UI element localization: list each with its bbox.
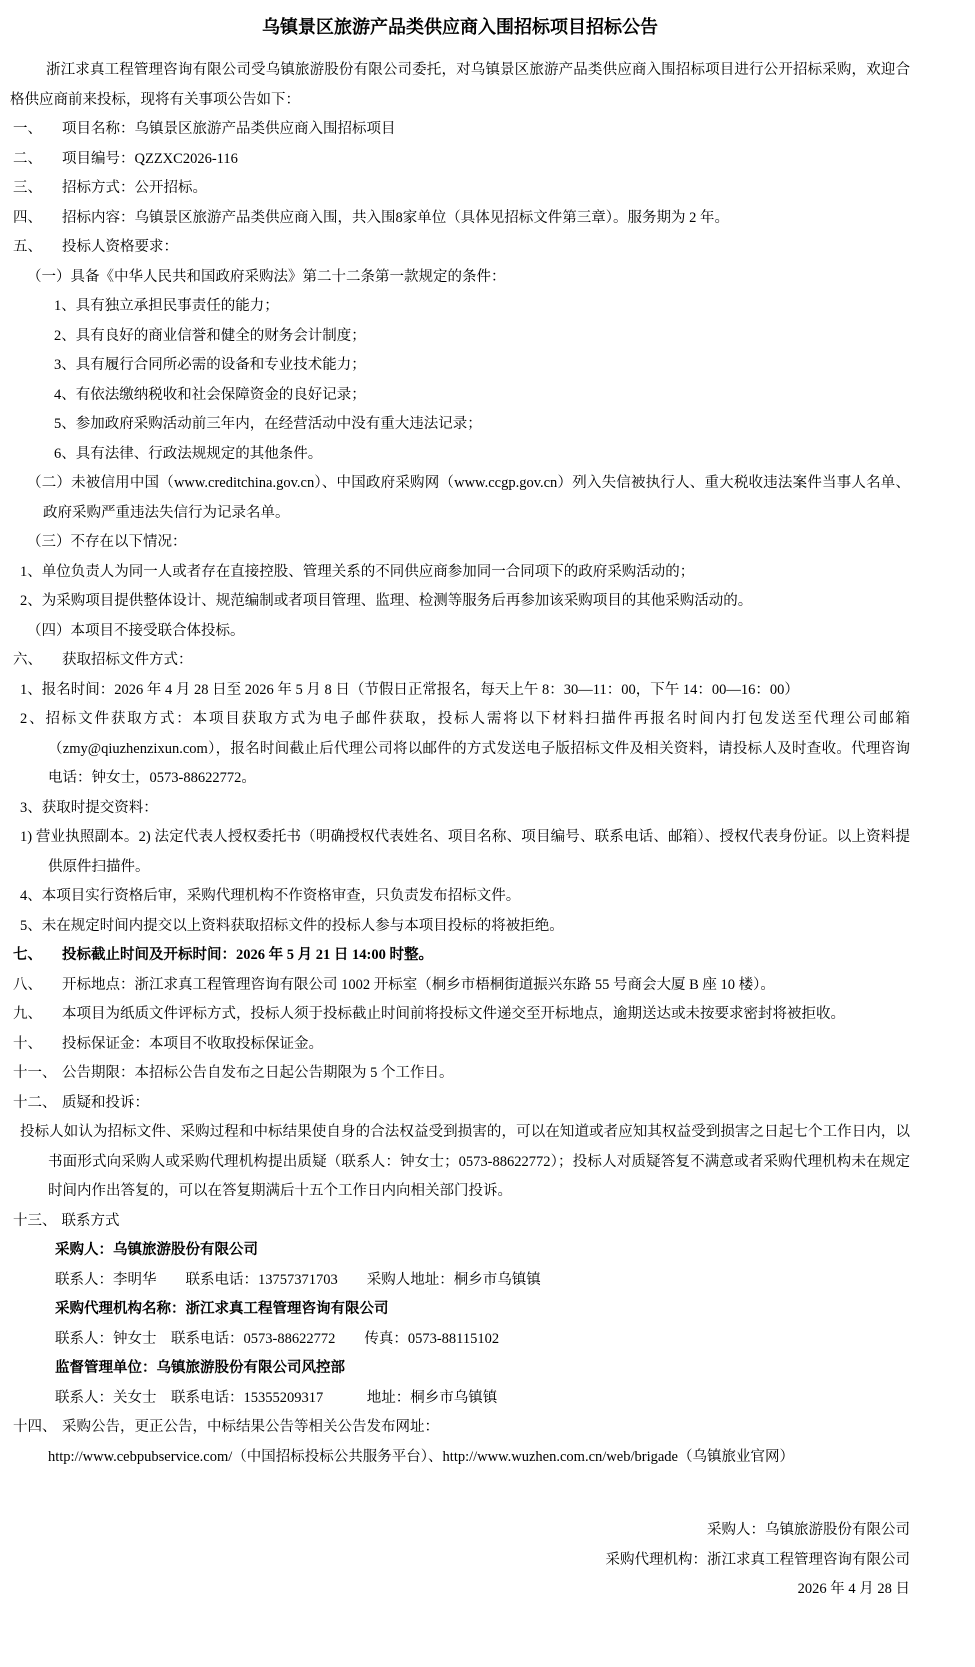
section-number: 三、 [10, 174, 62, 204]
section-number: 十四、 [10, 1413, 62, 1443]
intro-paragraph: 浙江求真工程管理咨询有限公司受乌镇旅游股份有限公司委托，对乌镇景区旅游产品类供应… [10, 56, 910, 115]
document-page: 乌镇景区旅游产品类供应商入围招标项目招标公告 浙江求真工程管理咨询有限公司受乌镇… [0, 0, 975, 1667]
obtain-item-materials: 1) 营业执照副本。2) 法定代表人授权委托书（明确授权代表姓名、项目名称、项目… [10, 823, 910, 882]
section-text: 联系方式 [62, 1207, 911, 1237]
section-number: 八、 [10, 971, 62, 1001]
section-text: 开标地点：浙江求真工程管理咨询有限公司 1002 开标室（桐乡市梧桐街道振兴东路… [62, 971, 910, 1001]
footer-date: 2026 年 4 月 28 日 [10, 1575, 910, 1605]
section-tender-content: 四、招标内容：乌镇景区旅游产品类供应商入围，共入围8家单位（具体见招标文件第三章… [10, 204, 910, 234]
section-text: 招标方式：公开招标。 [62, 174, 910, 204]
section-text: 项目名称：乌镇景区旅游产品类供应商入围招标项目 [62, 115, 910, 145]
footer-agency: 采购代理机构：浙江求真工程管理咨询有限公司 [10, 1546, 910, 1576]
clause-4: （四）本项目不接受联合体投标。 [10, 617, 910, 647]
obtain-item-1: 1、报名时间：2026 年 4 月 28 日至 2026 年 5 月 8 日（节… [10, 676, 910, 706]
supervisor-contact-line: 联系人：关女士 联系电话：15355209317 地址：桐乡市乌镇镇 [10, 1384, 910, 1414]
purchaser-line: 采购人：乌镇旅游股份有限公司 [10, 1236, 910, 1266]
section-number: 四、 [10, 204, 62, 234]
section-text: 投标人资格要求： [62, 233, 910, 263]
supervisor-line: 监督管理单位：乌镇旅游股份有限公司风控部 [10, 1354, 910, 1384]
section-contact: 十三、联系方式 [10, 1207, 910, 1237]
section-text: 招标内容：乌镇景区旅游产品类供应商入围，共入围8家单位（具体见招标文件第三章）。… [62, 204, 910, 234]
section-bid-bond: 十、投标保证金：本项目不收取投标保证金。 [10, 1030, 910, 1060]
section-text: 获取招标文件方式： [62, 646, 910, 676]
section-qualification: 五、投标人资格要求： [10, 233, 910, 263]
section-paper-evaluation: 九、本项目为纸质文件评标方式，投标人须于投标截止时间前将投标文件递交至开标地点，… [10, 1000, 910, 1030]
section-number: 十、 [10, 1030, 62, 1060]
section-announcement-period: 十一、公告期限：本招标公告自发布之日起公告期限为 5 个工作日。 [10, 1059, 910, 1089]
section-query-complaint: 十二、质疑和投诉： [10, 1089, 910, 1119]
section-number: 二、 [10, 145, 62, 175]
obtain-item-2: 2、招标文件获取方式：本项目获取方式为电子邮件获取，投标人需将以下材料扫描件再报… [10, 705, 910, 794]
condition-5: 5、参加政府采购活动前三年内，在经营活动中没有重大违法记录； [10, 410, 910, 440]
section-deadline: 七、投标截止时间及开标时间：2026 年 5 月 21 日 14:00 时整。 [10, 941, 910, 971]
section-number: 七、 [10, 941, 62, 971]
section-text: 本项目为纸质文件评标方式，投标人须于投标截止时间前将投标文件递交至开标地点，逾期… [62, 1000, 910, 1030]
section-number: 十二、 [10, 1089, 62, 1119]
section-number: 九、 [10, 1000, 62, 1030]
condition-4: 4、有依法缴纳税收和社会保障资金的良好记录； [10, 381, 910, 411]
section-text: 投标保证金：本项目不收取投标保证金。 [62, 1030, 910, 1060]
condition-1: 1、具有独立承担民事责任的能力； [10, 292, 910, 322]
complaint-paragraph: 投标人如认为招标文件、采购过程和中标结果使自身的合法权益受到损害的，可以在知道或… [10, 1118, 910, 1207]
obtain-item-4: 4、本项目实行资格后审，采购代理机构不作资格审查，只负责发布招标文件。 [10, 882, 910, 912]
condition-2: 2、具有良好的商业信誉和健全的财务会计制度； [10, 322, 910, 352]
section-publish-websites: 十四、采购公告，更正公告，中标结果公告等相关公告发布网址： [10, 1413, 910, 1443]
section-tender-method: 三、招标方式：公开招标。 [10, 174, 910, 204]
obtain-item-3: 3、获取时提交资料： [10, 794, 910, 824]
section-text: 采购公告，更正公告，中标结果公告等相关公告发布网址： [62, 1413, 910, 1443]
section-text: 质疑和投诉： [62, 1089, 910, 1119]
section-number: 一、 [10, 115, 62, 145]
section-text: 公告期限：本招标公告自发布之日起公告期限为 5 个工作日。 [62, 1059, 910, 1089]
section-project-number: 二、项目编号：QZZXC2026-116 [10, 145, 910, 175]
clause-3: （三）不存在以下情况： [10, 528, 910, 558]
section-number: 六、 [10, 646, 62, 676]
condition-3: 3、具有履行合同所必需的设备和专业技术能力； [10, 351, 910, 381]
url-line: http://www.cebpubservice.com/（中国招标投标公共服务… [10, 1443, 910, 1473]
obtain-item-5: 5、未在规定时间内提交以上资料获取招标文件的投标人参与本项目投标的将被拒绝。 [10, 912, 910, 942]
section-obtain-documents: 六、获取招标文件方式： [10, 646, 910, 676]
section-number: 十三、 [10, 1207, 57, 1237]
clause-2: （二）未被信用中国（www.creditchina.gov.cn）、中国政府采购… [10, 469, 910, 528]
section-opening-location: 八、开标地点：浙江求真工程管理咨询有限公司 1002 开标室（桐乡市梧桐街道振兴… [10, 971, 910, 1001]
footer-purchaser: 采购人：乌镇旅游股份有限公司 [10, 1516, 910, 1546]
document-body: 一、项目名称：乌镇景区旅游产品类供应商入围招标项目二、项目编号：QZZXC202… [10, 115, 910, 1472]
situation-2: 2、为采购项目提供整体设计、规范编制或者项目管理、监理、检测等服务后再参加该采购… [10, 587, 910, 617]
situation-1: 1、单位负责人为同一人或者存在直接控股、管理关系的不同供应商参加同一合同项下的政… [10, 558, 910, 588]
section-text: 投标截止时间及开标时间：2026 年 5 月 21 日 14:00 时整。 [62, 941, 910, 971]
purchaser-contact-line: 联系人：李明华 联系电话：13757371703 采购人地址：桐乡市乌镇镇 [10, 1266, 910, 1296]
agency-contact-line: 联系人：钟女士 联系电话：0573-88622772 传真：0573-88115… [10, 1325, 910, 1355]
section-project-name: 一、项目名称：乌镇景区旅游产品类供应商入围招标项目 [10, 115, 910, 145]
section-text: 项目编号：QZZXC2026-116 [62, 145, 910, 175]
section-number: 五、 [10, 233, 62, 263]
agency-line: 采购代理机构名称：浙江求真工程管理咨询有限公司 [10, 1295, 910, 1325]
signature-block: 采购人：乌镇旅游股份有限公司 采购代理机构：浙江求真工程管理咨询有限公司 202… [10, 1516, 910, 1605]
section-number: 十一、 [10, 1059, 62, 1089]
clause-1: （一）具备《中华人民共和国政府采购法》第二十二条第一款规定的条件： [10, 263, 910, 293]
condition-6: 6、具有法律、行政法规规定的其他条件。 [10, 440, 910, 470]
document-title: 乌镇景区旅游产品类供应商入围招标项目招标公告 [10, 14, 910, 40]
